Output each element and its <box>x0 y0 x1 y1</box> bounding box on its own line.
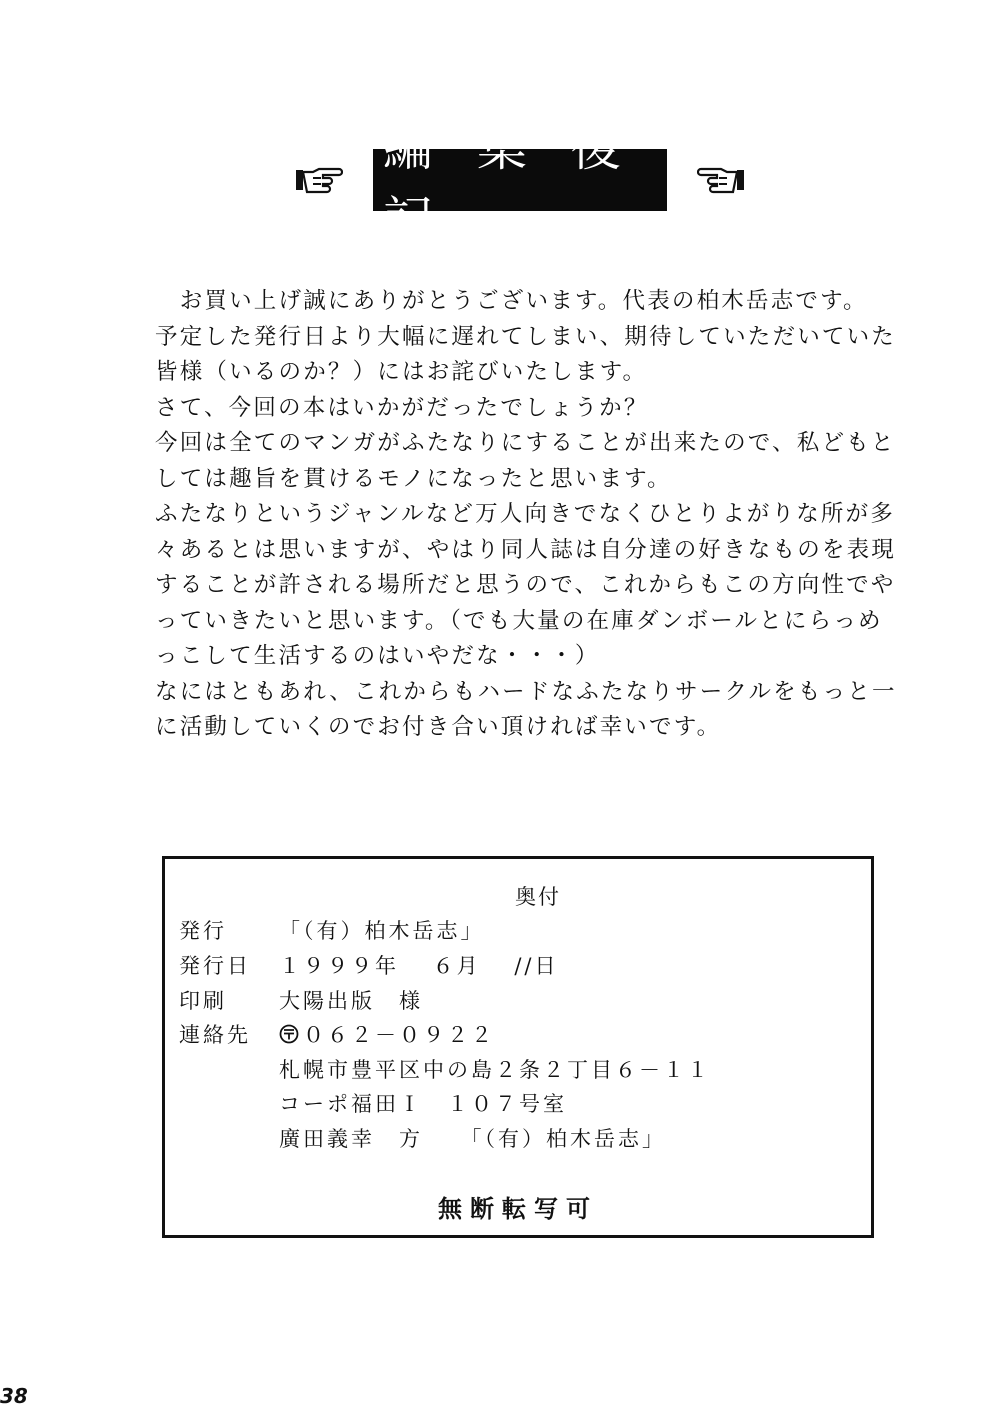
date-row: 発行日１９９９年 ６月 //日 <box>179 950 559 980</box>
copy-permission-notice: 無断転写可 <box>165 1189 871 1224</box>
title-row: 編 集 後 記 <box>295 148 745 212</box>
postal-code: ０６２－０９２２ <box>303 1023 495 1047</box>
text-line: ふたなりというジャンルなど万人向きでなくひとりよがりな所が多 <box>155 497 895 533</box>
text-line: しては趣旨を貫けるモノになったと思います。 <box>155 462 895 498</box>
text-line: お買い上げ誠にありがとうございます。代表の柏木岳志です。 <box>155 284 895 320</box>
printer-label: 印刷 <box>179 985 279 1015</box>
publisher-value: 「（有）柏木岳志」 <box>279 915 485 945</box>
text-line: っこして生活するのはいやだな・・・） <box>155 639 895 675</box>
text-line: に活動していくのでお付き合い頂ければ幸いです。 <box>155 710 895 746</box>
publisher-row: 発行「（有）柏木岳志」 <box>179 915 485 945</box>
publisher-label: 発行 <box>179 915 279 945</box>
text-line: っていきたいと思います。（でも大量の在庫ダンボールとにらっめ <box>155 604 895 640</box>
address-line-2: コーポ福田Ｉ １０７号室 <box>279 1088 567 1118</box>
afterword-text: お買い上げ誠にありがとうございます。代表の柏木岳志です。 予定した発行日より大幅… <box>155 284 895 746</box>
date-label: 発行日 <box>179 950 279 980</box>
postal-code-value: ０６２－０９２２ <box>279 1019 495 1049</box>
printer-row: 印刷大陽出版 様 <box>179 985 423 1015</box>
date-value: １９９９年 ６月 //日 <box>279 950 559 980</box>
contact-label: 連絡先 <box>179 1019 279 1049</box>
page-number: 38 <box>0 1384 28 1408</box>
text-line: 々あるとは思いますが、やはり同人誌は自分達の好きなものを表現 <box>155 533 895 569</box>
postal-mark-icon <box>279 1024 299 1044</box>
text-line: 皆様（いるのか？）にはお詫びいたします。 <box>155 355 895 391</box>
contact-row: 連絡先０６２－０９２２ <box>179 1019 495 1049</box>
printer-value: 大陽出版 様 <box>279 985 423 1015</box>
text-line: 今回は全てのマンガがふたなりにすることが出来たので、私どもと <box>155 426 895 462</box>
colophon-heading: 奥付 <box>165 881 871 911</box>
text-line: することが許される場所だと思うので、これからもこの方向性でや <box>155 568 895 604</box>
text-line: なにはともあれ、これからもハードなふたなりサークルをもっと一 <box>155 675 895 711</box>
text-line: さて、今回の本はいかがだったでしょうか？ <box>155 391 895 427</box>
colophon-box: 奥付 発行「（有）柏木岳志」 発行日１９９９年 ６月 //日 印刷大陽出版 様 … <box>162 856 874 1238</box>
pointing-hand-right-icon <box>295 164 343 196</box>
address-line-1: 札幌市豊平区中の島２条２丁目６－１１ <box>279 1054 711 1084</box>
page-title: 編 集 後 記 <box>373 149 667 211</box>
pointing-hand-left-icon <box>697 164 745 196</box>
text-line: 予定した発行日より大幅に遅れてしまい、期待していただいていた <box>155 320 895 356</box>
address-line-3: 廣田義幸 方 「（有）柏木岳志」 <box>279 1123 666 1153</box>
